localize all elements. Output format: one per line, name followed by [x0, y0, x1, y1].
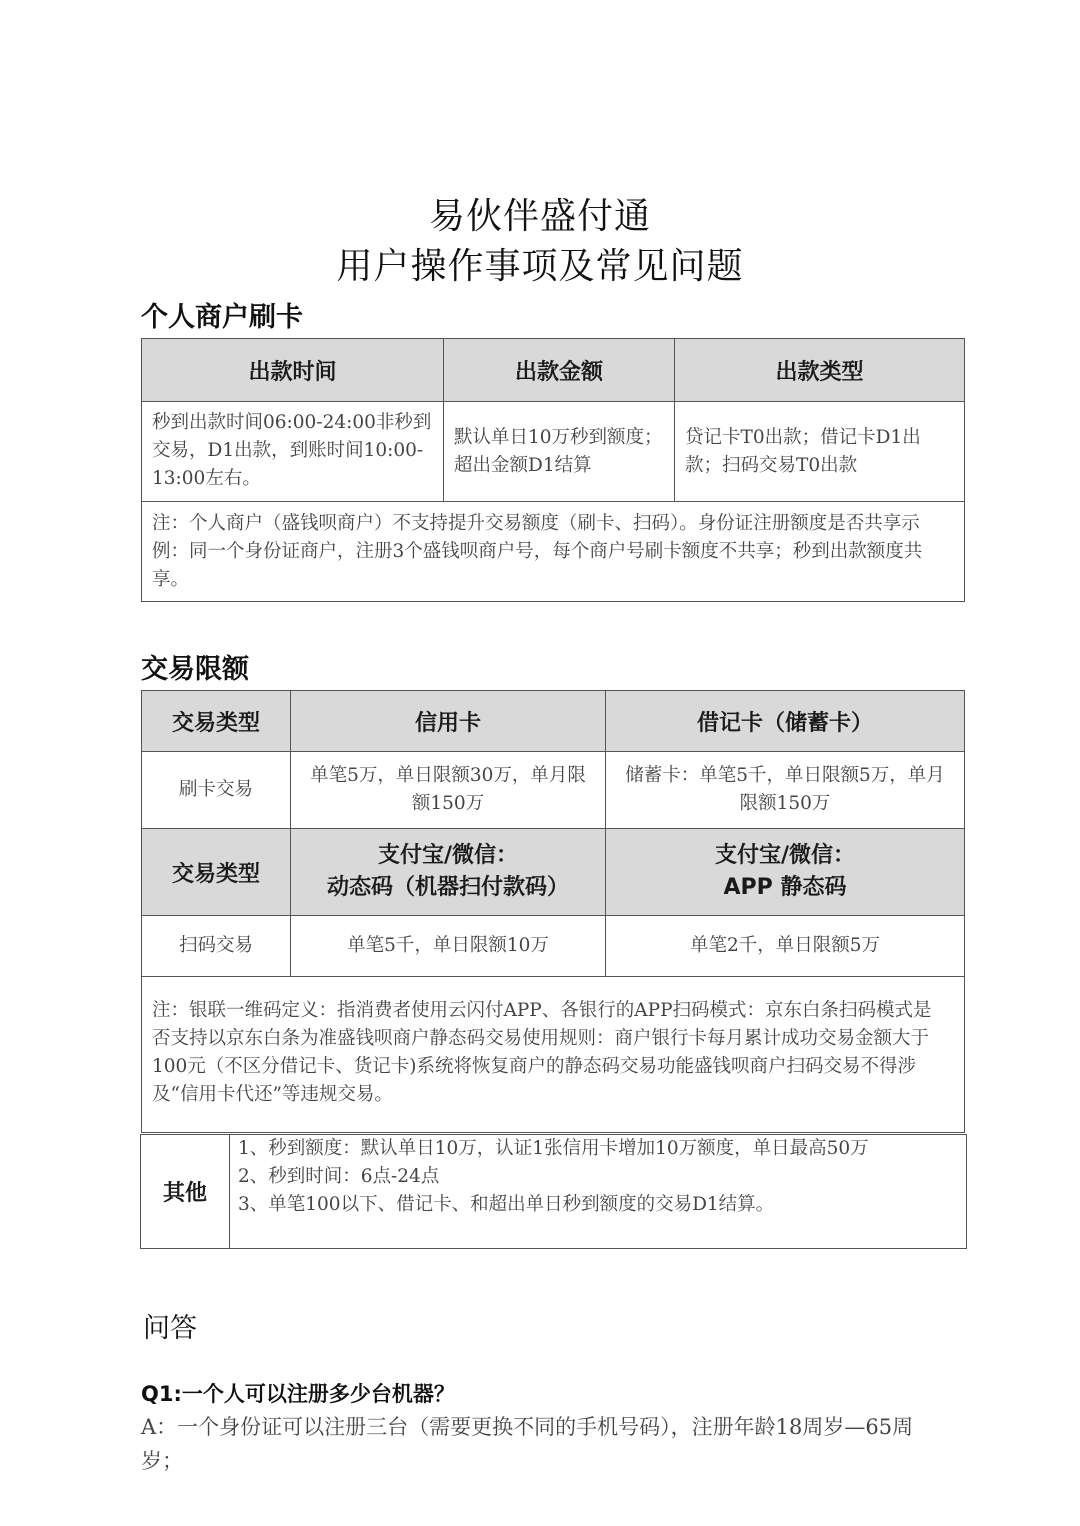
section-heading-personal: 个人商户刷卡 [141, 295, 303, 334]
document-subtitle: 用户操作事项及常见问题 [0, 238, 1080, 289]
cell-scan-dynamic: 单笔5千，单日限额10万 [291, 916, 606, 977]
qa-answer-1: A：一个身份证可以注册三台（需要更换不同的手机号码），注册年龄18周岁—65周岁… [141, 1410, 941, 1478]
personal-merchant-table: 出款时间 出款金额 出款类型 秒到出款时间06:00-24:00非秒到交易，D1… [141, 338, 965, 602]
limits-note: 注：银联一维码定义：指消费者使用云闪付APP、各银行的APP扫码模式：京东白条扫… [142, 977, 965, 1133]
section-heading-limits: 交易限额 [141, 647, 249, 686]
cell-payout-time: 秒到出款时间06:00-24:00非秒到交易，D1出款，到账时间10:00-13… [142, 402, 444, 502]
header-trans-type-2: 交易类型 [142, 829, 291, 916]
header-static-code-line2: APP 静态码 [606, 872, 964, 904]
header-payout-amount: 出款金额 [444, 339, 675, 402]
qa-question-1: Q1:一个人可以注册多少台机器？ [141, 1378, 455, 1408]
document-title: 易伙伴盛付通 [0, 188, 1080, 239]
other-table: 其他 1、秒到额度：默认单日10万，认证1张信用卡增加10万额度，单日最高50万… [140, 1134, 967, 1249]
cell-payout-type: 贷记卡T0出款；借记卡D1出款；扫码交易T0出款 [675, 402, 965, 502]
qa-heading: 问答 [143, 1306, 197, 1345]
cell-payout-amount: 默认单日10万秒到额度；超出金额D1结算 [444, 402, 675, 502]
cell-swipe-credit: 单笔5万，单日限额30万，单月限额150万 [291, 752, 606, 829]
personal-note: 注：个人商户（盛钱呗商户）不支持提升交易额度（刷卡、扫码）。身份证注册额度是否共… [142, 502, 965, 602]
other-item-3: 3、单笔100以下、借记卡、和超出单日秒到额度的交易D1结算。 [238, 1191, 940, 1219]
transaction-limits-table: 交易类型 信用卡 借记卡（储蓄卡） 刷卡交易 单笔5万，单日限额30万，单月限额… [141, 690, 965, 1133]
cell-swipe-debit: 储蓄卡：单笔5千，单日限额5万，单月限额150万 [606, 752, 965, 829]
other-label: 其他 [141, 1135, 230, 1249]
cell-scan-static: 单笔2千，单日限额5万 [606, 916, 965, 977]
header-trans-type: 交易类型 [142, 691, 291, 752]
header-static-code: 支付宝/微信： APP 静态码 [606, 829, 965, 916]
header-dynamic-code: 支付宝/微信： 动态码（机器扫付款码） [291, 829, 606, 916]
header-static-code-line1: 支付宝/微信： [606, 840, 964, 872]
header-payout-time: 出款时间 [142, 339, 444, 402]
other-list: 1、秒到额度：默认单日10万，认证1张信用卡增加10万额度，单日最高50万 2、… [230, 1135, 967, 1249]
header-dynamic-code-line1: 支付宝/微信： [291, 840, 605, 872]
cell-swipe-label: 刷卡交易 [142, 752, 291, 829]
header-dynamic-code-line2: 动态码（机器扫付款码） [291, 872, 605, 904]
other-item-2: 2、秒到时间：6点-24点 [238, 1163, 940, 1191]
other-item-1: 1、秒到额度：默认单日10万，认证1张信用卡增加10万额度，单日最高50万 [238, 1135, 940, 1163]
header-payout-type: 出款类型 [675, 339, 965, 402]
header-credit-card: 信用卡 [291, 691, 606, 752]
cell-scan-label: 扫码交易 [142, 916, 291, 977]
header-debit-card: 借记卡（储蓄卡） [606, 691, 965, 752]
